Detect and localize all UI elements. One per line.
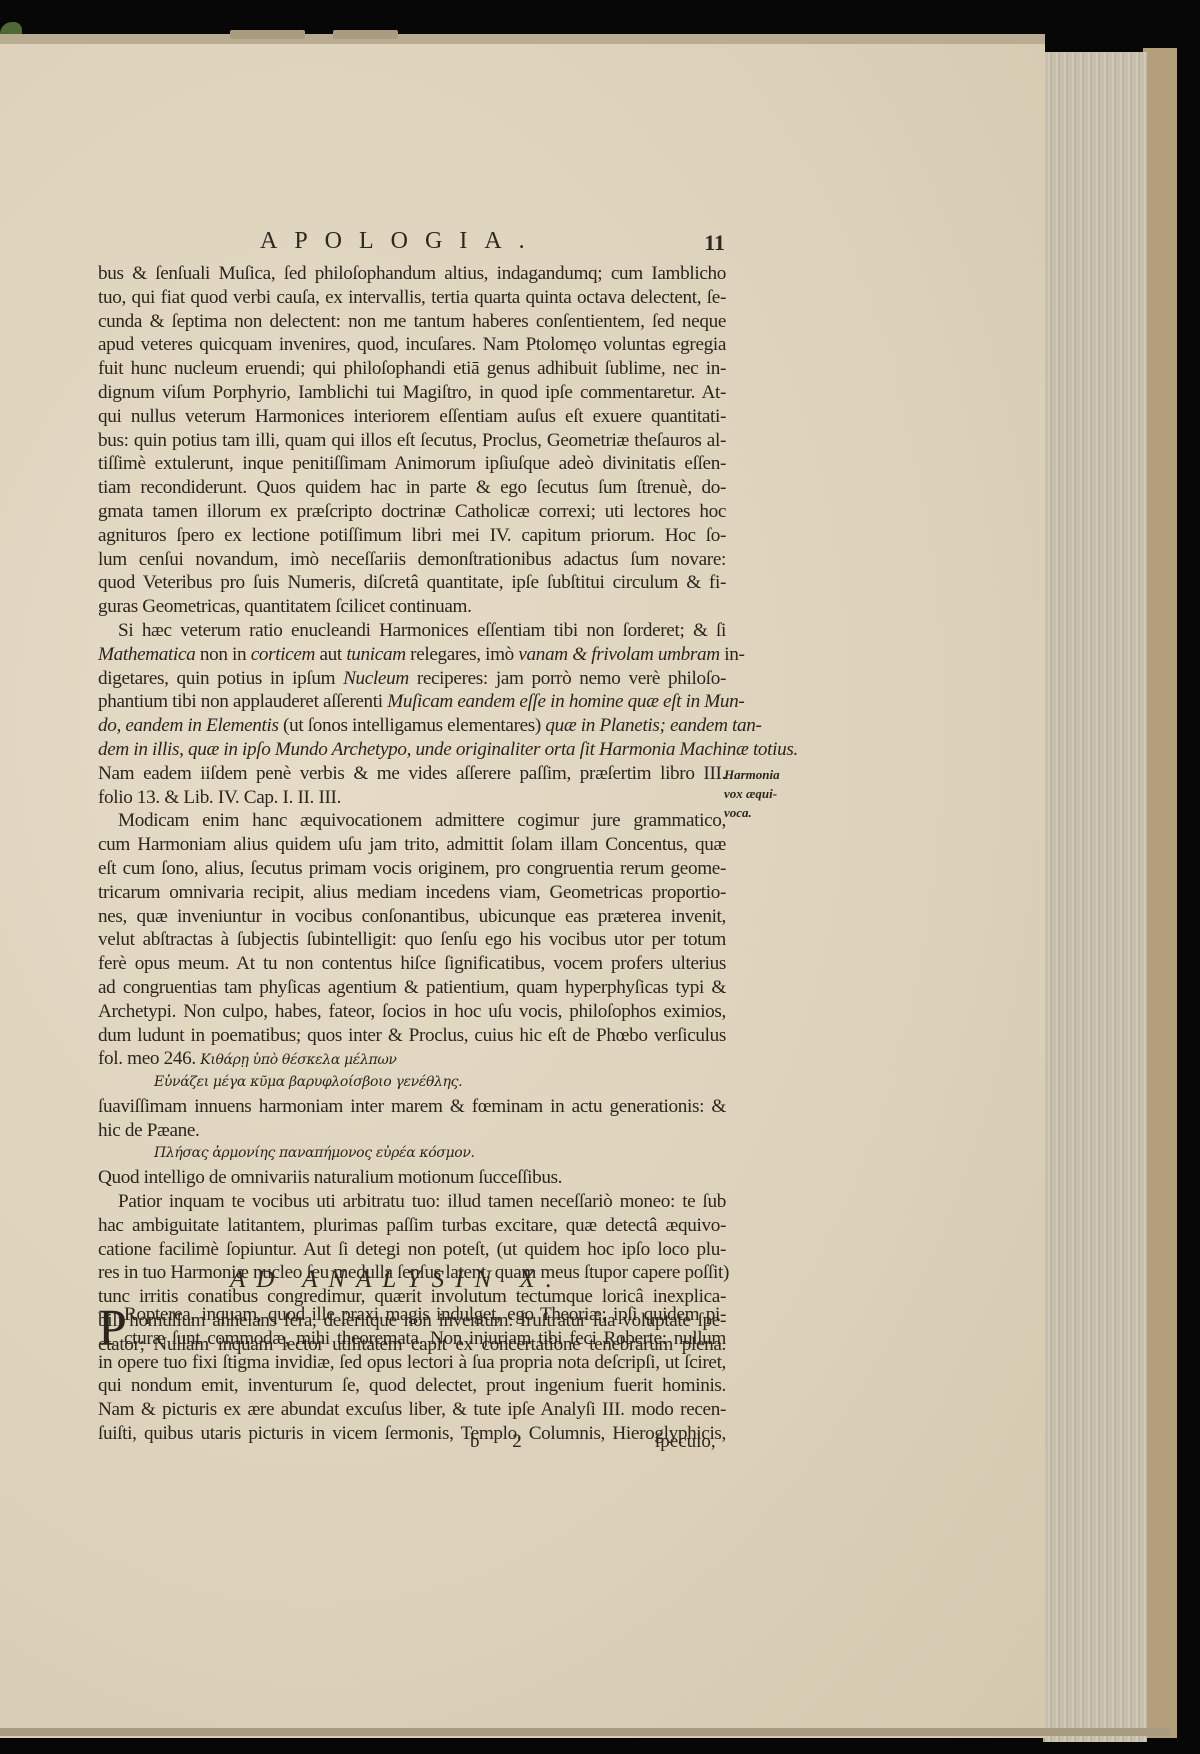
text-line: ſuaviſſimam innuens harmoniam inter mare… bbox=[98, 1095, 726, 1119]
paper-tab bbox=[230, 30, 305, 39]
paragraph-mathematica: Si hæc veterum ratio enucleandi Harmonic… bbox=[98, 619, 726, 809]
signature-mark: b 2 bbox=[470, 1431, 536, 1453]
marginal-note: Harmonia vox æqui- voca. bbox=[724, 765, 780, 822]
greek-verse: Κιθάρῃ ὑπὸ θέσκελα μέλπων bbox=[200, 1052, 396, 1068]
book-scan: APOLOGIA. 11 bus & ſenſuali Muſica, ſed … bbox=[0, 0, 1200, 1754]
text-line: in opere tuo fixi ſtigma invidiæ, ſed op… bbox=[98, 1351, 726, 1375]
marginal-note-line: Harmonia bbox=[724, 765, 780, 784]
running-title: APOLOGIA. bbox=[260, 228, 542, 255]
roman-text: (ut ſonos intelligamus elementares) bbox=[279, 715, 546, 736]
italic-phrase: do, eandem in Elementis bbox=[98, 715, 279, 736]
text-line: bus & ſenſuali Muſica, ſed philoſophandu… bbox=[98, 262, 726, 286]
page-header: APOLOGIA. 11 bbox=[260, 228, 725, 258]
text-line: agnituros ſpero ex lectione potiſſimum l… bbox=[98, 524, 726, 548]
text-line: Si hæc veterum ratio enucleandi Harmonic… bbox=[98, 619, 726, 643]
page-fore-edge bbox=[1043, 52, 1147, 1742]
text-line: cum Harmoniam alius quidem uſu jam trito… bbox=[98, 833, 726, 857]
text-line: Ropterea, inquam, quod ille praxi magis … bbox=[98, 1303, 726, 1327]
text-line: cturæ ſunt commodæ, mihi theoremata. Non… bbox=[98, 1327, 726, 1351]
italic-phrase: Muſicam eandem eſſe in homine quæ eſt in… bbox=[387, 691, 744, 712]
text-line: apud veteres quicquam invenires, quod, i… bbox=[98, 333, 726, 357]
italic-phrase: Mathematica bbox=[98, 644, 195, 665]
text-line: fuit hunc nucleum eruendi; qui philoſoph… bbox=[98, 357, 726, 381]
text-line: catione facilimè ſopiuntur. Aut ſi deteg… bbox=[98, 1238, 726, 1262]
text-line: lum cenſui novandum, imò neceſſariis dem… bbox=[98, 548, 726, 572]
italic-phrase: corticem bbox=[251, 644, 315, 665]
text-line: guras Geometricas, quantitatem ſcilicet … bbox=[98, 595, 726, 619]
text-line: folio 13. & Lib. IV. Cap. I. II. III. bbox=[98, 786, 726, 810]
endpaper-strip bbox=[1143, 48, 1177, 1738]
text-line: gmata tamen illorum ex præſcripto doctri… bbox=[98, 500, 726, 524]
text-line: Archetypi. Non culpo, habes, fateor, ſoc… bbox=[98, 1000, 726, 1024]
roman-text: in- bbox=[720, 644, 745, 665]
roman-text: relegares, imò bbox=[406, 644, 519, 665]
greek-verse: Πλήσας ἁρμονίης παναπήμονος εὐρέα κόσμον… bbox=[98, 1142, 726, 1166]
text-line: Patior inquam te vocibus uti arbitratu t… bbox=[98, 1190, 726, 1214]
roman-text: aut bbox=[315, 644, 346, 665]
roman-text: folio 13. & Lib. IV. Cap. I. II. III. bbox=[98, 787, 341, 808]
text-line: tuo, qui fiat quod verbi cauſa, ex inter… bbox=[98, 286, 726, 310]
text-line: hac ambiguitate latitantem, plurimas paſ… bbox=[98, 1214, 726, 1238]
drop-cap: P bbox=[98, 1307, 127, 1351]
text-line: hic de Pæane. bbox=[98, 1119, 726, 1143]
roman-text: digetares, quin potius in ipſum bbox=[98, 668, 343, 689]
text-line: ferè opus meum. At tu non contentus hiſc… bbox=[98, 952, 726, 976]
text-line: Modicam enim hanc æquivocationem admitte… bbox=[98, 809, 726, 833]
body-text: bus & ſenſuali Muſica, ſed philoſophandu… bbox=[98, 262, 726, 1357]
section-body: P Ropterea, inquam, quod ille praxi magi… bbox=[98, 1303, 726, 1446]
roman-text: reciperes: jam porrò nemo verè philoſo- bbox=[409, 668, 726, 689]
text-line: qui nullus veterum Harmonices interiorem… bbox=[98, 405, 726, 429]
text-line: tiſſimè extulerunt, inque penitiſſimam A… bbox=[98, 452, 726, 476]
text-line: quod Veteribus pro ſuis Numeris, diſcret… bbox=[98, 571, 726, 595]
text-line: velut abſtractas à ſubjectis ſubintellig… bbox=[98, 928, 726, 952]
text-line: Mathematica non in corticem aut tunicam … bbox=[98, 643, 726, 667]
text-line: Nam eadem iiſdem penè verbis & me vides … bbox=[98, 762, 726, 786]
text-line: bus: quin potius tam illi, quam qui illo… bbox=[98, 429, 726, 453]
greek-quote-line: fol. meo 246. Κιθάρῃ ὑπὸ θέσκελα μέλπων bbox=[98, 1047, 726, 1071]
page-bottom-edge bbox=[0, 1728, 1170, 1736]
italic-phrase: quæ in Planetis; eandem tan- bbox=[545, 715, 761, 736]
text-line: ad congruentias tam phyſicas agentium & … bbox=[98, 976, 726, 1000]
text-line: do, eandem in Elementis (ut ſonos intell… bbox=[98, 714, 726, 738]
marginal-note-line: voca. bbox=[724, 803, 780, 822]
text-line: dignum viſum Porphyrio, Iamblichi tui Ma… bbox=[98, 381, 726, 405]
italic-phrase: Nucleum bbox=[343, 668, 409, 689]
text-line: dem in illis, quæ in ipſo Mundo Archetyp… bbox=[98, 738, 726, 762]
text-line: qui nondum emit, inventurum ſe, quod del… bbox=[98, 1374, 726, 1398]
folio-reference: fol. meo 246. bbox=[98, 1048, 196, 1069]
page-top-edge bbox=[0, 34, 1045, 44]
marginal-note-line: vox æqui- bbox=[724, 784, 780, 803]
text-line: phantium tibi non applauderet aſſerenti … bbox=[98, 690, 726, 714]
italic-phrase: vanam & frivolam umbram bbox=[518, 644, 719, 665]
roman-text: non in bbox=[195, 644, 250, 665]
text-line: nes, quæ inveniuntur in vocibus conſonan… bbox=[98, 905, 726, 929]
text-line: tiam recondiderunt. Quos quidem hac in p… bbox=[98, 476, 726, 500]
text-line: digetares, quin potius in ipſum Nucleum … bbox=[98, 667, 726, 691]
text-line: eſt cum ſono, alius, ſecutus primam voci… bbox=[98, 857, 726, 881]
italic-phrase: dem in illis, quæ in ipſo Mundo Archetyp… bbox=[98, 739, 798, 760]
text-line: tricarum omnivaria recipit, alius mediam… bbox=[98, 881, 726, 905]
text-line: dum ludunt in poematibus; quos inter & P… bbox=[98, 1024, 726, 1048]
text-line: Nam & picturis ex ære abundat excuſus li… bbox=[98, 1398, 726, 1422]
text-line: cunda & ſeptima non delectent: non me ta… bbox=[98, 310, 726, 334]
roman-text: phantium tibi non applauderet aſſerenti bbox=[98, 691, 387, 712]
roman-text: Nam eadem iiſdem penè verbis & me vides … bbox=[98, 763, 726, 784]
page-number: 11 bbox=[704, 230, 725, 256]
greek-verse: Εὐνάζει μέγα κῦμα βαρυφλοίσβοιο γενέθλης… bbox=[98, 1071, 726, 1095]
roman-text: Si hæc veterum ratio enucleandi Harmonic… bbox=[118, 620, 726, 641]
catchword: ſpeculo, bbox=[655, 1431, 716, 1453]
section-heading: AD ANALYSIN X. bbox=[230, 1266, 563, 1294]
text-line: ſuiſti, quibus utaris picturis in vicem … bbox=[98, 1422, 726, 1446]
paper-tab bbox=[333, 30, 398, 39]
text-line: Quod intelligo de omnivariis naturalium … bbox=[98, 1166, 726, 1190]
italic-phrase: tunicam bbox=[346, 644, 405, 665]
